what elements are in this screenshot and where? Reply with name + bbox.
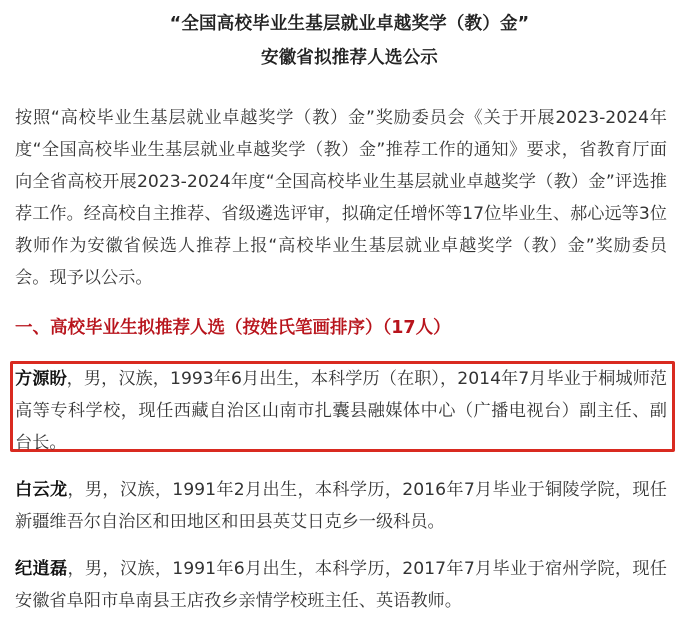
candidate-entry: 方源盼，男，汉族，1993年6月出生，本科学历（在职），2014年7月毕业于桐城… [15, 363, 667, 459]
candidate-details: ，男，汉族，1993年6月出生，本科学历（在职），2014年7月毕业于桐城师范高… [15, 369, 667, 453]
candidate-name: 方源盼 [15, 369, 67, 389]
candidate-name: 纪逍磊 [15, 559, 67, 579]
candidate-details: ，男，汉族，1991年2月出生，本科学历，2016年7月毕业于铜陵学院，现任新疆… [15, 480, 667, 532]
candidate-entry: 白云龙，男，汉族，1991年2月出生，本科学历，2016年7月毕业于铜陵学院，现… [15, 474, 667, 538]
section-heading: 一、高校毕业生拟推荐人选（按姓氏笔画排序）（17人） [15, 314, 675, 342]
candidate-name: 白云龙 [15, 480, 67, 500]
intro-paragraph: 按照“高校毕业生基层就业卓越奖学（教）金”奖励委员会《关于开展2023-2024… [15, 102, 667, 294]
candidate-details: ，男，汉族，1991年6月出生，本科学历，2017年7月毕业于宿州学院，现任安徽… [15, 559, 667, 611]
document-title-line-2: 安徽省拟推荐人选公示 [0, 44, 699, 69]
candidate-entry: 纪逍磊，男，汉族，1991年6月出生，本科学历，2017年7月毕业于宿州学院，现… [15, 553, 667, 617]
document-title-line-1: “全国高校毕业生基层就业卓越奖学（教）金” [0, 10, 699, 35]
